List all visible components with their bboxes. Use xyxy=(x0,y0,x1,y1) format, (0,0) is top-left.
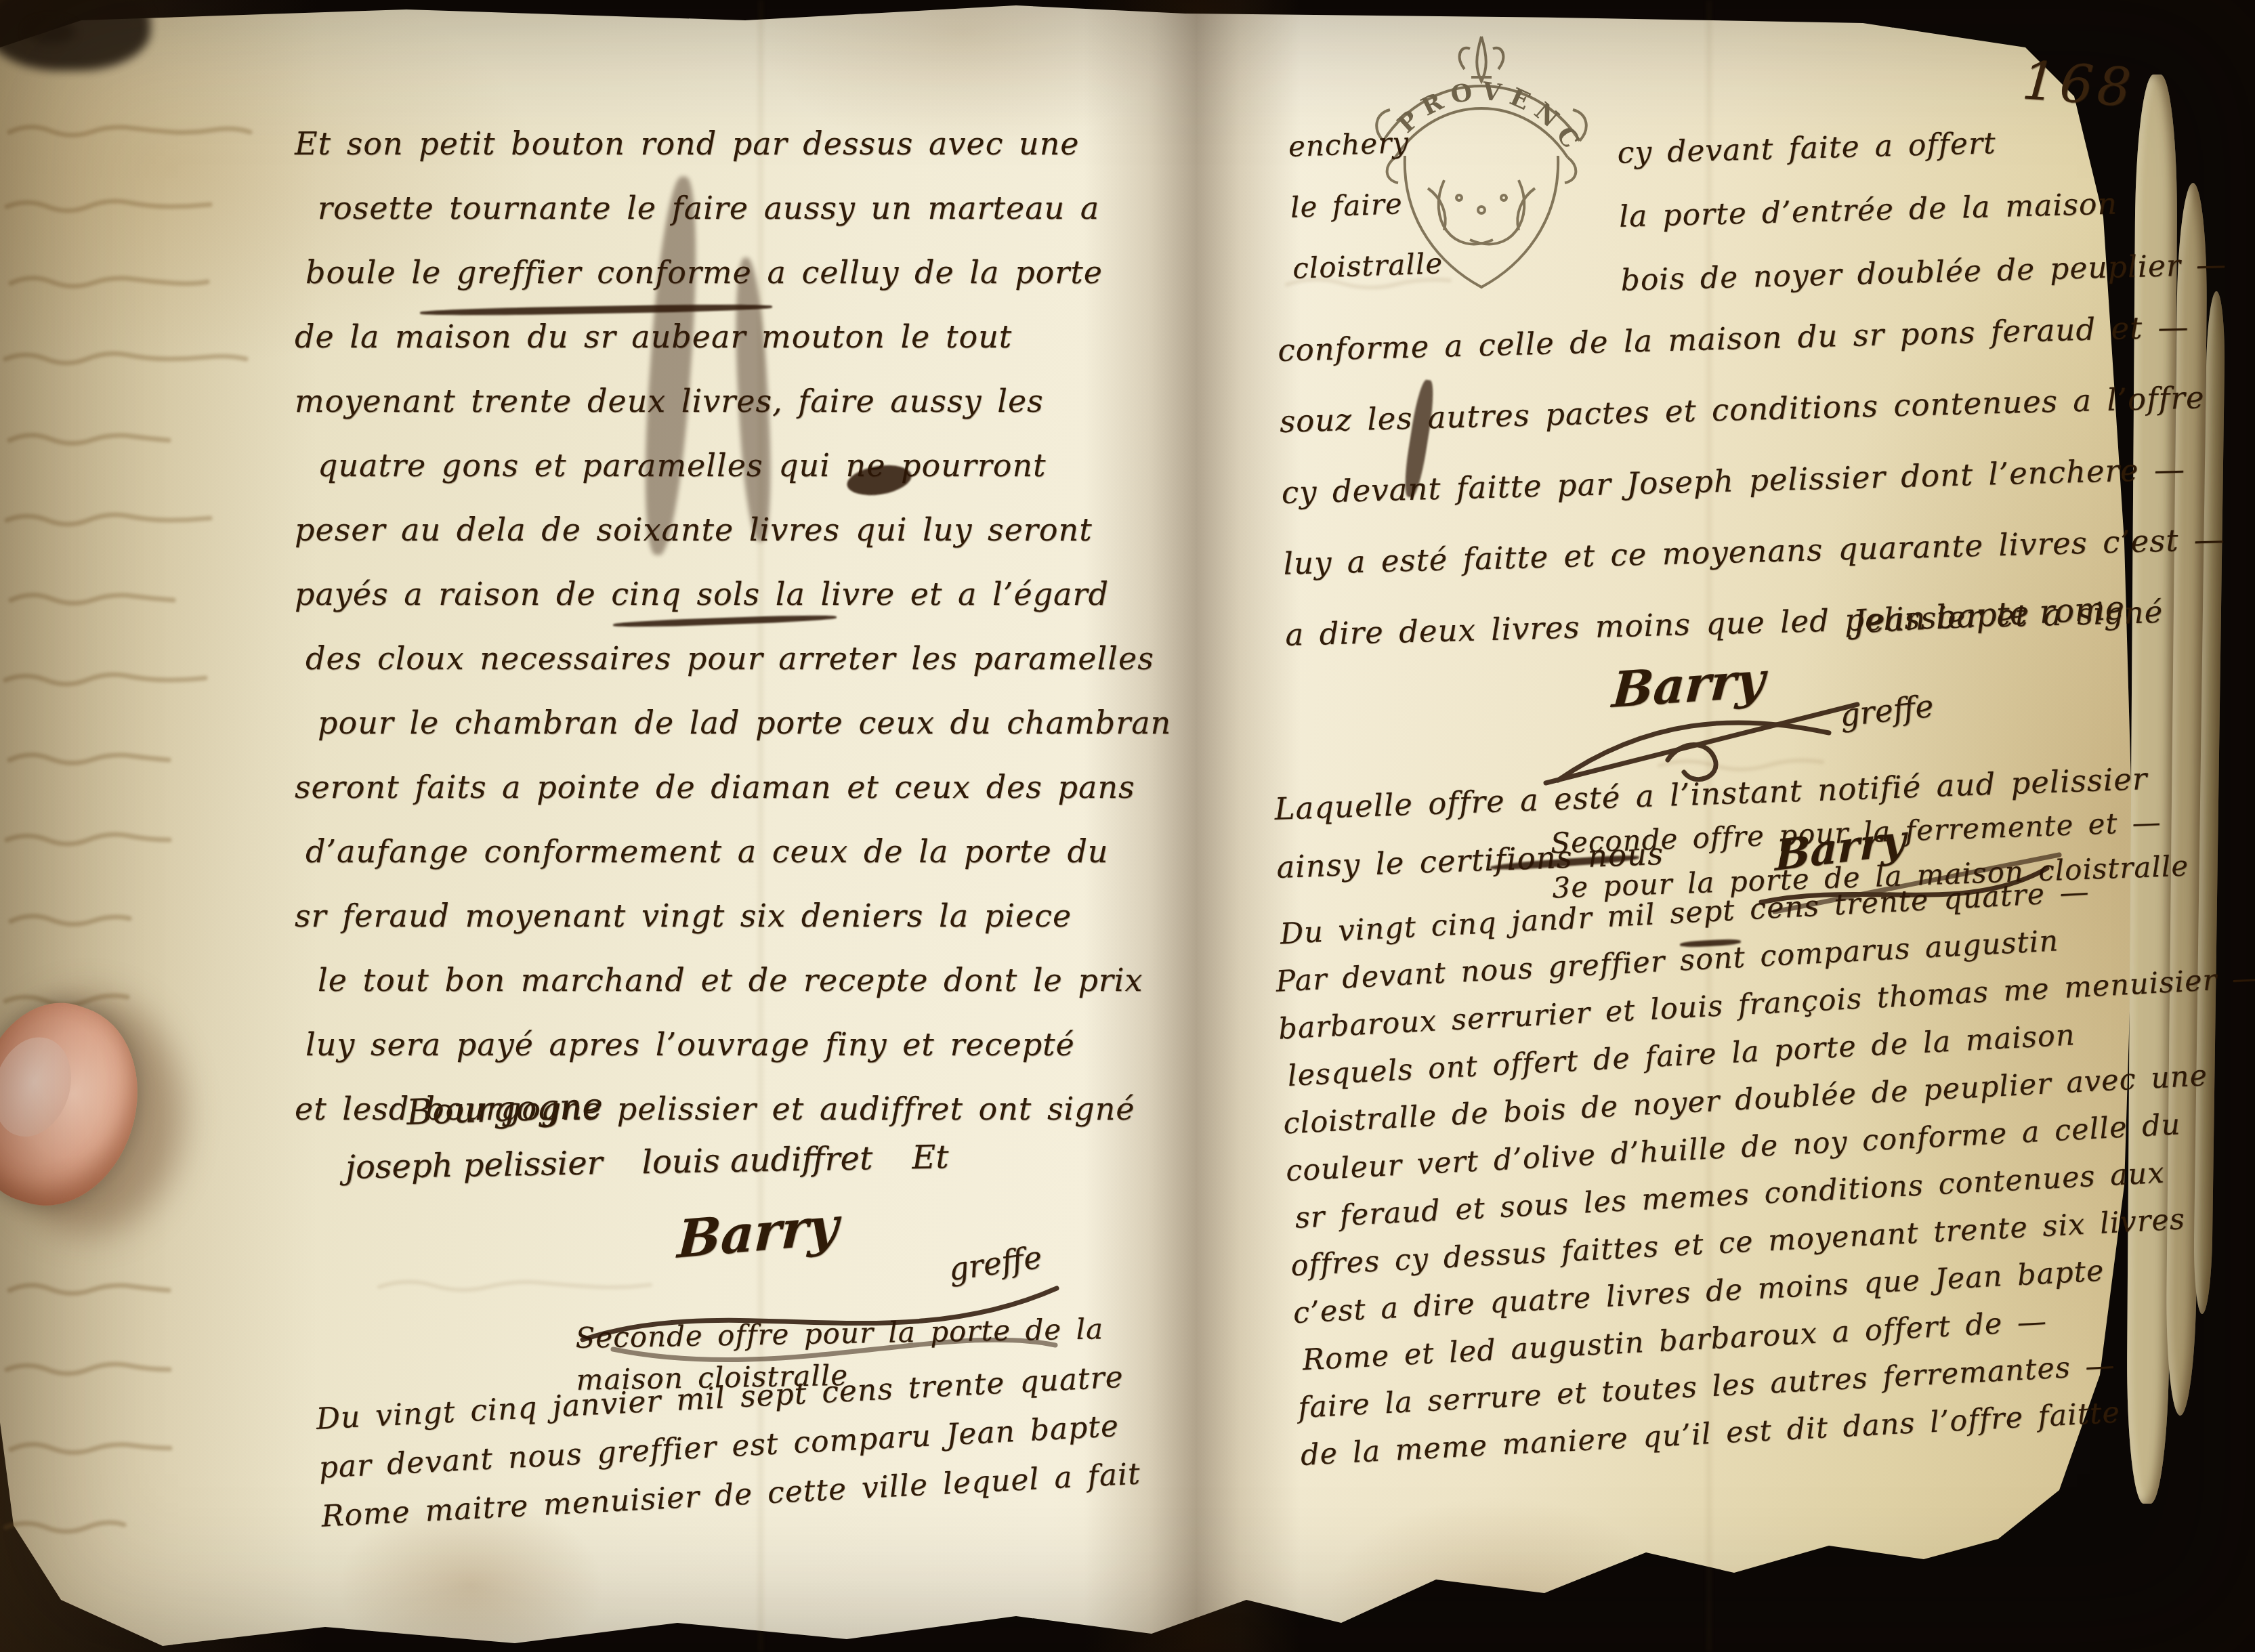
manuscript-line: moyenant trente deux livres, faire aussy… xyxy=(295,369,1162,433)
manuscript-line: des cloux necessaires pour arreter les p… xyxy=(305,627,1162,691)
manuscript-line: boule le greffier conforme a celluy de l… xyxy=(305,240,1162,305)
signature-bourgogne: Bourgogne xyxy=(406,1086,604,1133)
signature-barry-right: Barry xyxy=(1610,650,1767,719)
margin-note: enchery xyxy=(1287,111,1439,177)
fleur-de-lis-icon xyxy=(1460,37,1504,81)
margin-note: cloistralle xyxy=(1292,233,1444,299)
signature-et: Et xyxy=(912,1138,949,1177)
top-left-ink-mark xyxy=(27,20,75,43)
manuscript-line: peser au dela de soixante livres qui luy… xyxy=(295,498,1162,562)
right-page-top-text: cy devant faite a offert la porte d’entr… xyxy=(1616,106,2227,312)
manuscript-line: pour le chambran de lad porte ceux du ch… xyxy=(318,691,1162,755)
manuscript-line: sr feraud moyenant vingt six deniers la … xyxy=(295,884,1162,948)
manuscript-line: rosette tournante le faire aussy un mart… xyxy=(318,176,1162,240)
fingernail xyxy=(0,1027,83,1147)
left-page-edge-shading xyxy=(0,0,318,1652)
right-page-margin-notes: enchery le faire cloistralle xyxy=(1287,111,1443,299)
signature-louis-audiffret: louis audiffret xyxy=(641,1139,873,1181)
manuscript-line: quatre gons et paramelles qui ne pourron… xyxy=(318,433,1162,498)
manuscript-line: luy sera payé apres l’ouvrage finy et re… xyxy=(305,1013,1162,1077)
right-page-lower-text: Du vingt cinq jandr mil sept cens trente… xyxy=(1272,860,2255,1479)
manuscript-photo: PROVENCE 168 Et son petit bouton rond pa… xyxy=(0,0,2255,1652)
manuscript-line: de la maison du sr aubear mouton le tout xyxy=(295,305,1162,369)
signature-joseph-pelissier: joseph pelissier xyxy=(345,1144,603,1187)
margin-note: le faire xyxy=(1289,172,1441,238)
manuscript-line: payés a raison de cinq sols la livre et … xyxy=(295,562,1162,627)
left-page-text: Et son petit bouton rond par dessus avec… xyxy=(295,112,1162,1141)
manuscript-line: le tout bon marchand et de recepte dont … xyxy=(318,948,1162,1013)
manuscript-line: seront faits a pointe de diaman et ceux … xyxy=(295,755,1162,820)
manuscript-line: Et son petit bouton rond par dessus avec… xyxy=(295,112,1162,176)
manuscript-line: d’aufange conformement a ceux de la port… xyxy=(305,820,1162,884)
